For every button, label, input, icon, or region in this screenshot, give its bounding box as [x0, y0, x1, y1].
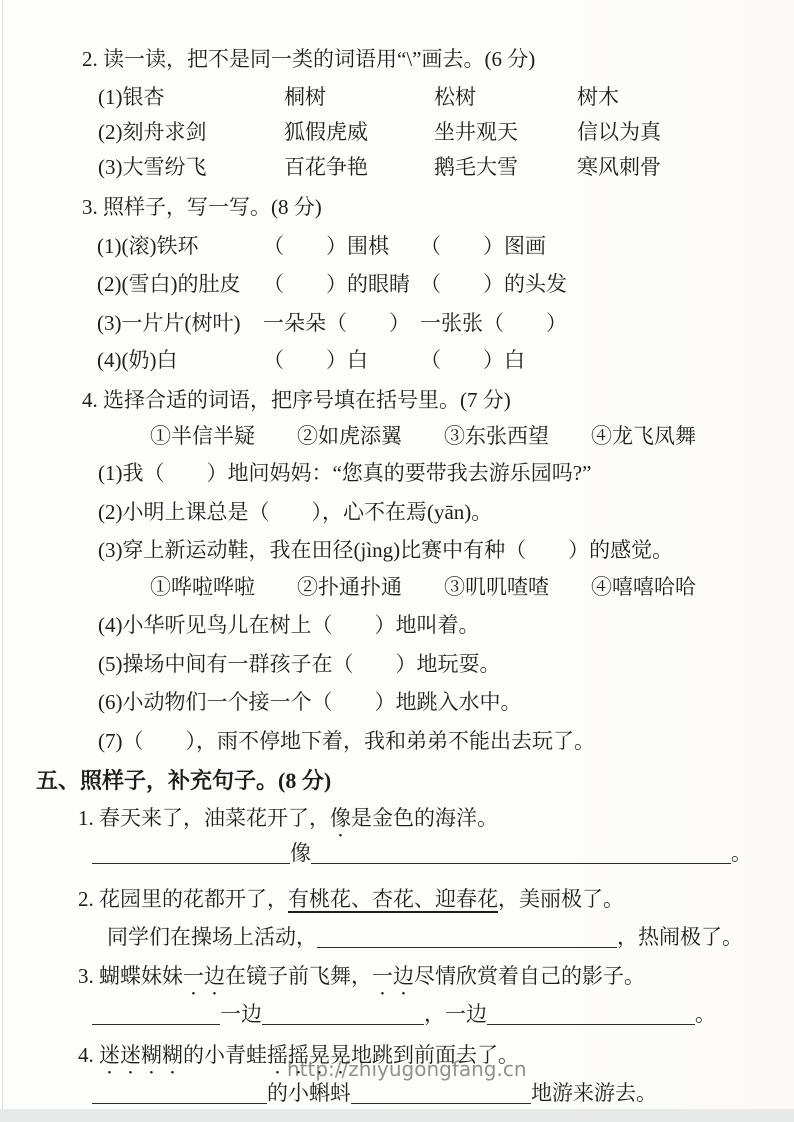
- example-sentence: 2. 花园里的花都开了，有桃花、杏花、迎春花，美丽极了。: [78, 884, 624, 914]
- answer-blank: [92, 843, 290, 864]
- word-cell: 坐井观天: [434, 117, 577, 147]
- emphasized-text: 摇摇晃晃: [267, 1043, 351, 1067]
- word-cell: 寒风刺骨: [577, 152, 661, 182]
- answer-text: 的小蝌蚪: [267, 1081, 351, 1105]
- answer-blank: [311, 843, 731, 864]
- question-line: (4)小华听见鸟儿在树上（ ）地叫着。: [98, 610, 480, 640]
- emphasized-text: 一边: [372, 964, 414, 988]
- question-line: (6)小动物们一个接一个（ ）地跳入水中。: [98, 687, 522, 717]
- question-2-heading: 2. 读一读，把不是同一类的词语用“\”画去。(6 分): [82, 44, 535, 74]
- emphasized-text: 一边: [183, 964, 225, 988]
- section-5-heading: 五、照样子，补充句子。(8 分): [36, 766, 331, 796]
- answer-blank: [92, 1004, 220, 1025]
- question-line: (2)小明上课总是（ ），心不在焉(yān)。: [98, 497, 492, 527]
- answer-line: 的小蝌蚪地游来游去。: [92, 1078, 657, 1108]
- word-cell: (2)刻舟求剑: [98, 117, 284, 147]
- sentence-text: 2. 花园里的花都开了，: [78, 887, 288, 911]
- sentence-text: 3. 蝴蝶妹妹: [78, 964, 183, 988]
- option-item: ③叽叽喳喳: [444, 572, 591, 602]
- word-row: (1)银杏 桐树 松树 树木: [98, 82, 619, 112]
- options-row: ①哗啦哗啦 ②扑通扑通 ③叽叽喳喳 ④嘻嘻哈哈: [150, 572, 696, 602]
- answer-text: 同学们在操场上活动，: [107, 925, 317, 949]
- word-row: (2)(雪白)的肚皮 （ ）的眼睛 （ ）的头发: [97, 269, 567, 299]
- word-cell: 鹅毛大雪: [434, 152, 577, 182]
- word-cell: 百花争艳: [284, 152, 434, 182]
- word-cell: (1)(滚)铁环: [97, 231, 263, 261]
- answer-blank: [317, 927, 617, 948]
- word-cell: （ ）图画: [420, 231, 546, 261]
- answer-text: 。: [695, 1002, 716, 1026]
- sentence-text: 尽情欣赏着自己的影子。: [414, 964, 645, 988]
- word-cell: （ ）的眼睛: [263, 269, 420, 299]
- answer-text: ，热闹极了。: [617, 925, 743, 949]
- answer-line: 一边，一边。: [92, 999, 716, 1029]
- word-row: (3)大雪纷飞 百花争艳 鹅毛大雪 寒风刺骨: [98, 152, 661, 182]
- answer-text: 。: [731, 841, 752, 865]
- answer-blank: [262, 1004, 424, 1025]
- option-item: ④龙飞凤舞: [591, 421, 696, 451]
- word-row: (2)刻舟求剑 狐假虎威 坐井观天 信以为真: [98, 117, 661, 147]
- question-line: (3)穿上新运动鞋，我在田径(jìng)比赛中有种（ ）的感觉。: [98, 535, 673, 565]
- word-cell: 信以为真: [577, 117, 661, 147]
- underlined-text: 有桃花、杏花、迎春花: [288, 887, 498, 911]
- sentence-text: 是金色的海洋。: [351, 806, 498, 830]
- word-cell: (3)一片片(树叶): [97, 308, 263, 338]
- word-cell: 树木: [577, 82, 619, 112]
- option-item: ②扑通扑通: [297, 572, 444, 602]
- question-line: (1)我（ ）地问妈妈：“您真的要带我去游乐园吗?”: [98, 458, 591, 488]
- word-cell: 桐树: [284, 82, 434, 112]
- answer-line: 像。: [92, 838, 752, 868]
- worksheet-page: 2. 读一读，把不是同一类的词语用“\”画去。(6 分) (1)银杏 桐树 松树…: [0, 0, 794, 1122]
- sentence-text: 4.: [78, 1043, 99, 1067]
- answer-text: 一边: [220, 1002, 262, 1026]
- answer-blank: [92, 1083, 267, 1104]
- sentence-text: 的小青蛙: [183, 1043, 267, 1067]
- answer-line: 同学们在操场上活动，，热闹极了。: [107, 922, 743, 952]
- sentence-text: 地跳到前面去了。: [351, 1043, 519, 1067]
- option-item: ①哗啦哗啦: [150, 572, 297, 602]
- word-cell: (1)银杏: [98, 82, 284, 112]
- word-row: (4)(奶)白 （ ）白 （ ）白: [97, 345, 525, 375]
- word-cell: 松树: [434, 82, 577, 112]
- word-cell: 一张张（ ）: [420, 308, 567, 338]
- word-cell: 一朵朵（ ）: [263, 308, 420, 338]
- example-sentence: 4. 迷迷糊糊的小青蛙摇摇晃晃地跳到前面去了。: [78, 1040, 519, 1079]
- example-sentence: 3. 蝴蝶妹妹一边在镜子前飞舞，一边尽情欣赏着自己的影子。: [78, 961, 645, 1000]
- option-item: ②如虎添翼: [297, 421, 444, 451]
- word-cell: (4)(奶)白: [97, 345, 263, 375]
- answer-text: ，一边: [424, 1002, 487, 1026]
- answer-blank: [487, 1004, 695, 1025]
- word-row: (1)(滚)铁环 （ ）围棋 （ ）图画: [97, 231, 546, 261]
- word-cell: (2)(雪白)的肚皮: [97, 269, 263, 299]
- word-cell: (3)大雪纷飞: [98, 152, 284, 182]
- word-cell: （ ）的头发: [420, 269, 567, 299]
- word-cell: （ ）白: [263, 345, 420, 375]
- answer-text: 像: [290, 841, 311, 865]
- question-4-heading: 4. 选择合适的词语，把序号填在括号里。(7 分): [82, 385, 511, 415]
- sentence-text: 1. 春天来了，油菜花开了，: [78, 806, 330, 830]
- word-cell: 狐假虎威: [284, 117, 434, 147]
- option-item: ①半信半疑: [150, 421, 297, 451]
- answer-text: 地游来游去。: [531, 1081, 657, 1105]
- option-item: ③东张西望: [444, 421, 591, 451]
- emphasized-text: 迷迷糊糊: [99, 1043, 183, 1067]
- word-cell: （ ）白: [420, 345, 525, 375]
- question-line: (7)（ ），雨不停地下着，我和弟弟不能出去玩了。: [98, 726, 595, 756]
- option-item: ④嘻嘻哈哈: [591, 572, 696, 602]
- emphasized-text: 像: [330, 806, 351, 830]
- question-3-heading: 3. 照样子，写一写。(8 分): [82, 192, 322, 222]
- bottom-strip: [0, 1109, 794, 1122]
- word-row: (3)一片片(树叶) 一朵朵（ ） 一张张（ ）: [97, 308, 567, 338]
- options-row: ①半信半疑 ②如虎添翼 ③东张西望 ④龙飞凤舞: [150, 421, 696, 451]
- sentence-text: ，美丽极了。: [498, 887, 624, 911]
- sentence-text: 在镜子前飞舞，: [225, 964, 372, 988]
- question-line: (5)操场中间有一群孩子在（ ）地玩耍。: [98, 649, 501, 679]
- answer-blank: [351, 1083, 531, 1104]
- page-edge-line: [2, 0, 3, 1122]
- example-sentence: 1. 春天来了，油菜花开了，像是金色的海洋。: [78, 803, 498, 842]
- word-cell: （ ）围棋: [263, 231, 420, 261]
